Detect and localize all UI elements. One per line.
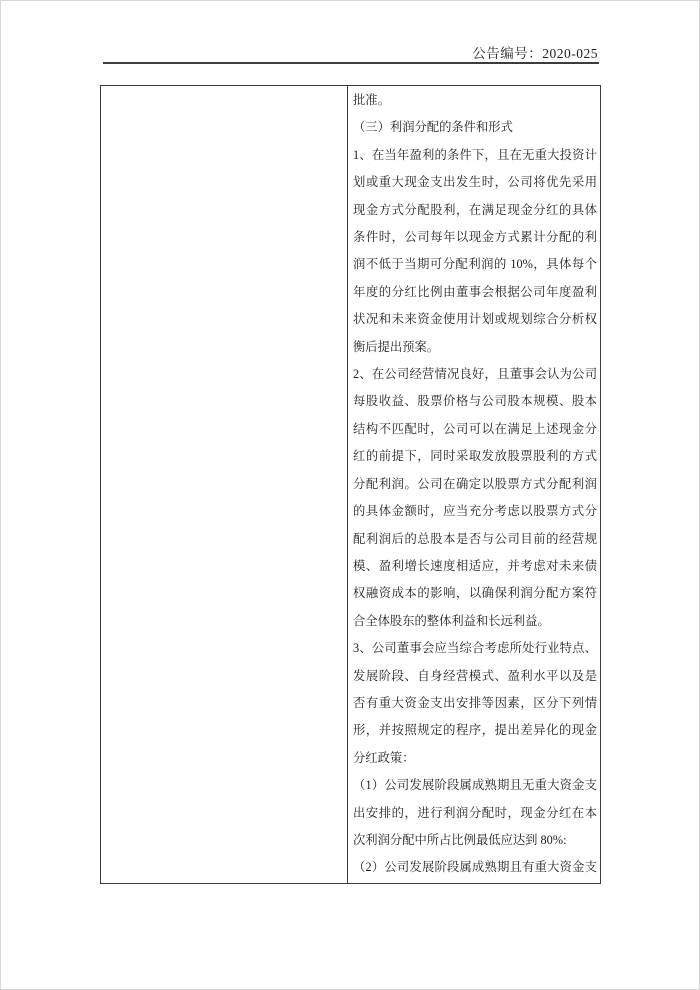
text-line: （2）公司发展阶段属成熟期且有重大资金支 <box>353 854 597 881</box>
text-line: （三）利润分配的条件和形式 <box>353 114 597 141</box>
text-line: 形，并按照规定的程序，提出差异化的现金 <box>353 717 597 744</box>
text-line: （1）公司发展阶段属成熟期且无重大资金支 <box>353 772 597 799</box>
text-line: 次利润分配中所占比例最低应达到 80%: <box>353 827 597 854</box>
header-rule <box>103 62 599 64</box>
text-line: 红的前提下，同时采取发放股票股利的方式 <box>353 443 597 470</box>
text-line: 状况和未来资金使用计划或规划综合分析权 <box>353 306 597 333</box>
text-line: 批准。 <box>353 87 597 114</box>
text-line: 现金方式分配股利，在满足现金分红的具体 <box>353 197 597 224</box>
text-line: 分配利润。公司在确定以股票方式分配利润 <box>353 471 597 498</box>
text-line: 2、在公司经营情况良好，且董事会认为公司 <box>353 361 597 388</box>
text-line: 润不低于当期可分配利润的 10%，具体每个 <box>353 251 597 278</box>
text-line: 分红政策： <box>353 745 597 772</box>
text-line: 划或重大现金支出发生时，公司将优先采用 <box>353 169 597 196</box>
text-line: 否有重大资金支出安排等因素，区分下列情 <box>353 690 597 717</box>
text-line: 年度的分红比例由董事会根据公司年度盈利 <box>353 279 597 306</box>
text-line: 的具体金额时，应当充分考虑以股票方式分 <box>353 498 597 525</box>
table-left-cell <box>101 86 348 883</box>
text-line: 1、在当年盈利的条件下，且在无重大投资计 <box>353 142 597 169</box>
text-line: 结构不匹配时，公司可以在满足上述现金分 <box>353 416 597 443</box>
text-line: 配利润后的总股本是否与公司目前的经营规 <box>353 526 597 553</box>
document-page: 公告编号：2020-025 批准。（三）利润分配的条件和形式1、在当年盈利的条件… <box>0 0 700 990</box>
text-line: 衡后提出预案。 <box>353 334 597 361</box>
text-line: 发展阶段、自身经营模式、盈利水平以及是 <box>353 663 597 690</box>
table-right-cell: 批准。（三）利润分配的条件和形式1、在当年盈利的条件下，且在无重大投资计划或重大… <box>348 86 600 883</box>
announcement-number: 公告编号：2020-025 <box>472 42 598 62</box>
text-line: 模、盈利增长速度相适应，并考虑对未来债 <box>353 553 597 580</box>
text-line: 每股收益、股票价格与公司股本规模、股本 <box>353 388 597 415</box>
content-table: 批准。（三）利润分配的条件和形式1、在当年盈利的条件下，且在无重大投资计划或重大… <box>100 85 601 884</box>
text-line: 3、公司董事会应当综合考虑所处行业特点、 <box>353 635 597 662</box>
text-line: 出安排的，进行利润分配时，现金分红在本 <box>353 800 597 827</box>
text-line: 条件时，公司每年以现金方式累计分配的利 <box>353 224 597 251</box>
text-line: 合全体股东的整体利益和长远利益。 <box>353 608 597 635</box>
text-line: 权融资成本的影响，以确保利润分配方案符 <box>353 580 597 607</box>
